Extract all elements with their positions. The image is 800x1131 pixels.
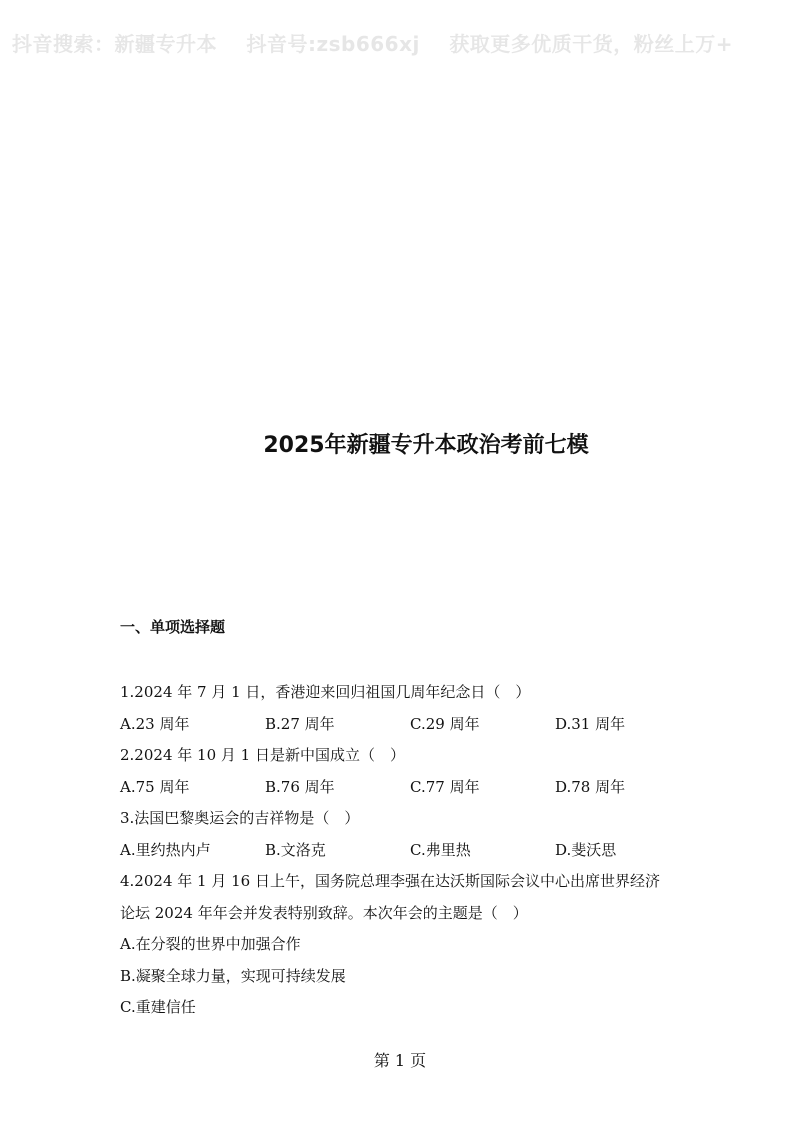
option-c: C.弗里热 bbox=[410, 835, 555, 867]
question-stem: 2.2024 年 10 月 1 日是新中国成立（ ） bbox=[120, 740, 700, 772]
option-a: A.75 周年 bbox=[120, 772, 265, 804]
watermark-promo-text: 获取更多优质干货，粉丝上万+ bbox=[449, 32, 733, 56]
options-row: A.23 周年 B.27 周年 C.29 周年 D.31 周年 bbox=[120, 709, 700, 741]
question-stem-line-2: 论坛 2024 年年会并发表特别致辞。本次年会的主题是（ ） bbox=[120, 898, 700, 930]
option-c: C.重建信任 bbox=[120, 992, 700, 1024]
option-a: A.里约热内卢 bbox=[120, 835, 265, 867]
option-d: D.31 周年 bbox=[555, 709, 700, 741]
question-3: 3.法国巴黎奥运会的吉祥物是（ ） A.里约热内卢 B.文洛克 C.弗里热 D.… bbox=[120, 803, 700, 866]
question-1: 1.2024 年 7 月 1 日，香港迎来回归祖国几周年纪念日（ ） A.23 … bbox=[120, 677, 700, 740]
option-a: A.23 周年 bbox=[120, 709, 265, 741]
question-stem: 1.2024 年 7 月 1 日，香港迎来回归祖国几周年纪念日（ ） bbox=[120, 677, 700, 709]
watermark-account-text: 抖音号:zsb666xj bbox=[246, 32, 419, 56]
document-title: 2025年新疆专升本政治考前七模 bbox=[0, 428, 800, 459]
section-heading: 一、单项选择题 bbox=[120, 616, 225, 637]
option-d: D.78 周年 bbox=[555, 772, 700, 804]
watermark-banner: 抖音搜索：新疆专升本 抖音号:zsb666xj 获取更多优质干货，粉丝上万+ bbox=[12, 28, 792, 57]
question-stem-line-1: 4.2024 年 1 月 16 日上午，国务院总理李强在达沃斯国际会议中心出席世… bbox=[120, 866, 700, 898]
page-number: 第 1 页 bbox=[0, 1048, 800, 1071]
option-d: D.斐沃思 bbox=[555, 835, 700, 867]
question-2: 2.2024 年 10 月 1 日是新中国成立（ ） A.75 周年 B.76 … bbox=[120, 740, 700, 803]
question-stem: 3.法国巴黎奥运会的吉祥物是（ ） bbox=[120, 803, 700, 835]
option-a: A.在分裂的世界中加强合作 bbox=[120, 929, 700, 961]
question-4: 4.2024 年 1 月 16 日上午，国务院总理李强在达沃斯国际会议中心出席世… bbox=[120, 866, 700, 1024]
watermark-search-text: 抖音搜索：新疆专升本 bbox=[12, 32, 217, 56]
option-c: C.77 周年 bbox=[410, 772, 555, 804]
option-b: B.27 周年 bbox=[265, 709, 410, 741]
option-b: B.文洛克 bbox=[265, 835, 410, 867]
option-c: C.29 周年 bbox=[410, 709, 555, 741]
options-row: A.里约热内卢 B.文洛克 C.弗里热 D.斐沃思 bbox=[120, 835, 700, 867]
option-b: B.凝聚全球力量，实现可持续发展 bbox=[120, 961, 700, 993]
question-list: 1.2024 年 7 月 1 日，香港迎来回归祖国几周年纪念日（ ） A.23 … bbox=[120, 677, 700, 1024]
options-row: A.75 周年 B.76 周年 C.77 周年 D.78 周年 bbox=[120, 772, 700, 804]
option-b: B.76 周年 bbox=[265, 772, 410, 804]
